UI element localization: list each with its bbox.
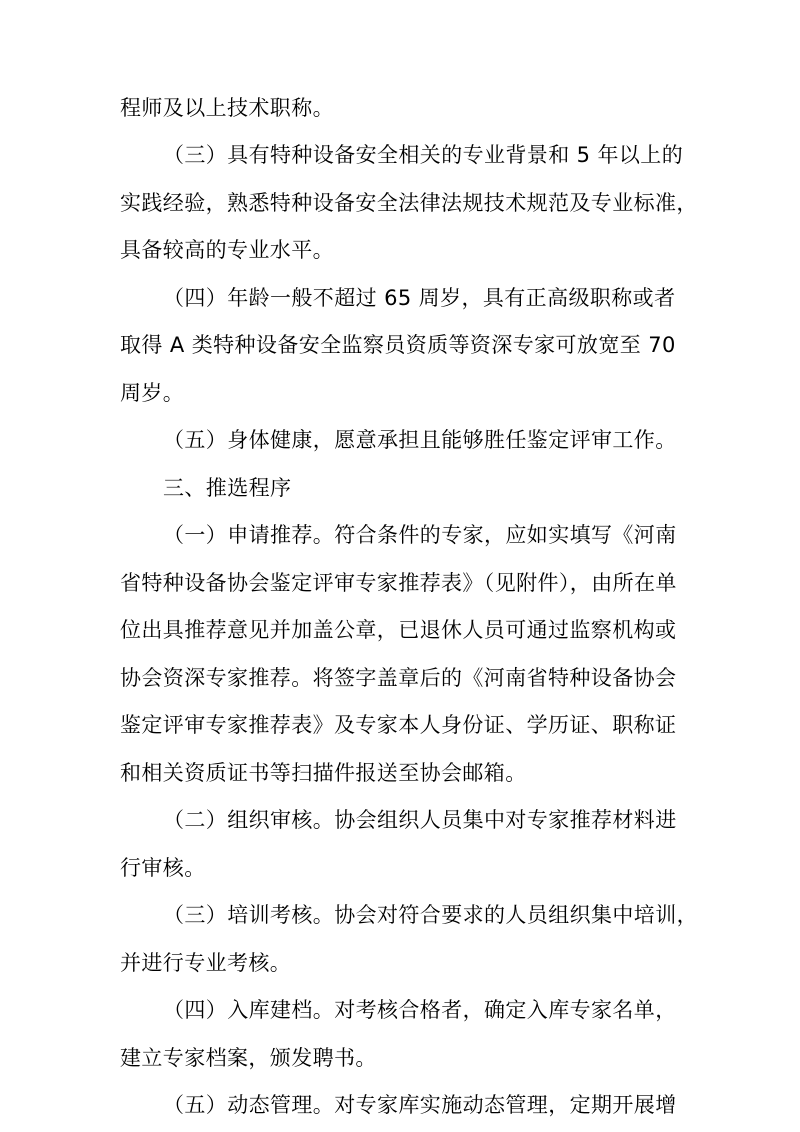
text-line: 协会资深专家推荐。将签字盖章后的《河南省特种设备协会	[120, 666, 690, 690]
text-line: （四）入库建档。对考核合格者，确定入库专家名单，	[163, 998, 733, 1022]
text-line: （五）身体健康，愿意承担且能够胜任鉴定评审工作。	[163, 428, 733, 452]
text-line: （四）年龄一般不超过 65 周岁，具有正高级职称或者	[163, 286, 733, 310]
text-line: 具备较高的专业水平。	[120, 238, 690, 262]
text-line: 实践经验，熟悉特种设备安全法律法规技术规范及专业标准，	[120, 191, 690, 215]
text-line: 并进行专业考核。	[120, 951, 690, 975]
text-line: 程师及以上技术职称。	[120, 96, 690, 120]
text-line: 取得 A 类特种设备安全监察员资质等资深专家可放宽至 70	[120, 333, 690, 357]
document-page: 程师及以上技术职称。 （三）具有特种设备安全相关的专业背景和 5 年以上的 实践…	[0, 0, 800, 1132]
text-line: 省特种设备协会鉴定评审专家推荐表》（见附件），由所在单	[120, 571, 690, 595]
text-line: （二）组织审核。协会组织人员集中对专家推荐材料进	[163, 808, 733, 832]
text-line: （五）动态管理。对专家库实施动态管理，定期开展增	[163, 1093, 733, 1117]
text-line: 和相关资质证书等扫描件报送至协会邮箱。	[120, 761, 690, 785]
text-line: 位出具推荐意见并加盖公章，已退休人员可通过监察机构或	[120, 618, 690, 642]
text-line: 周岁。	[120, 381, 690, 405]
text-line: 行审核。	[120, 856, 690, 880]
text-line: （一）申请推荐。符合条件的专家，应如实填写《河南	[163, 523, 733, 547]
text-line: 建立专家档案，颁发聘书。	[120, 1046, 690, 1070]
text-line: （三）培训考核。协会对符合要求的人员组织集中培训，	[163, 903, 733, 927]
text-line: （三）具有特种设备安全相关的专业背景和 5 年以上的	[163, 143, 733, 167]
text-line: 鉴定评审专家推荐表》及专家本人身份证、学历证、职称证	[120, 713, 690, 737]
section-heading: 三、推选程序	[163, 476, 733, 500]
